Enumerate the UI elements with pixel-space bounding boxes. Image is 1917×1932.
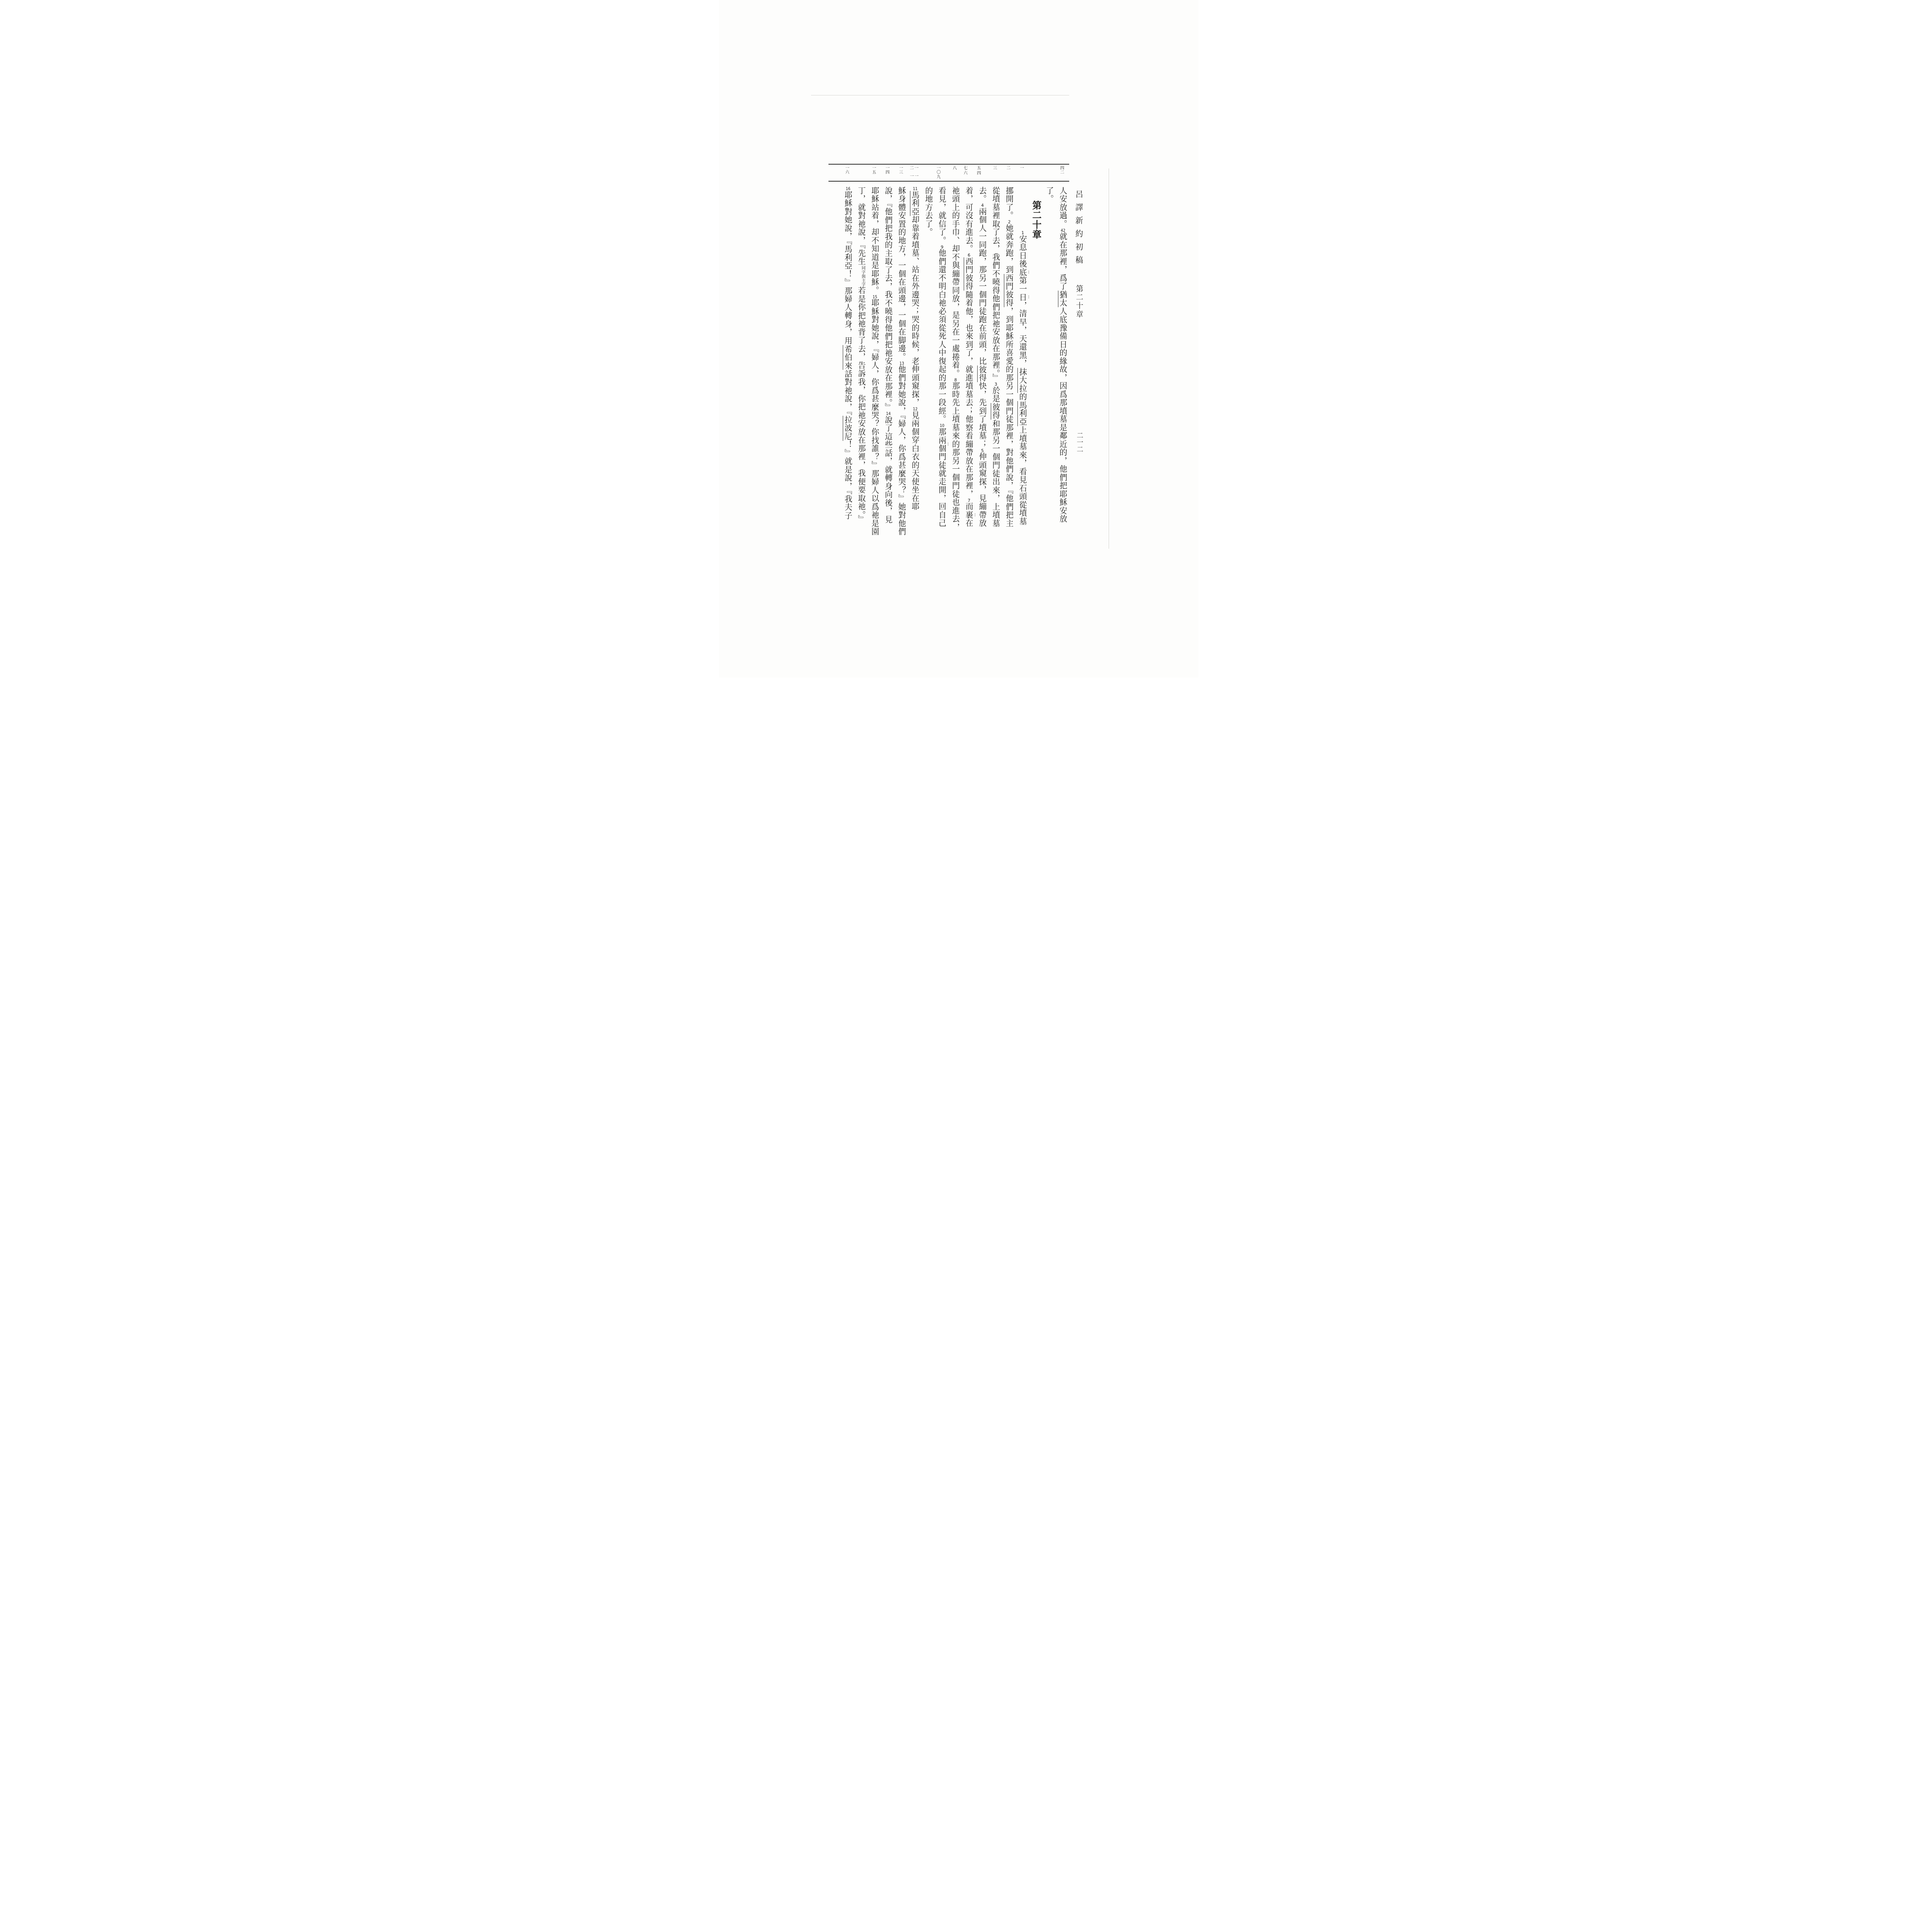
verse-marker: 一一一二 [909, 166, 919, 181]
emphasis-dotted-text: 兩個 [937, 436, 947, 453]
scanned-document-page: 四二一二三四五六七八九一〇一一一二一三一四一五一六 人安放過。42就在那裡，爲了… [719, 0, 1198, 678]
scripture-text: 和那另一個門徒出來，上墳墓 [991, 420, 1000, 528]
scripture-column: 丁，就對祂說，『先生與主字同字若是你把祂背了去，告訴我，你把祂安放在那裡，我便要… [854, 187, 868, 550]
scripture-text: 挪開了。 [1004, 187, 1014, 220]
verse-marker-numeral: 六 [963, 171, 968, 175]
interlinear-note: 與主字同字 [861, 266, 866, 287]
scripture-text: 而 [964, 503, 973, 511]
scripture-column: 1安息日後底第一日，清早，天還黑，抹大拉的馬利亞上墳墓來，看見石頭從墳墓 [1015, 187, 1029, 550]
verse-marker: 九一〇 [936, 166, 941, 179]
verse-number: 12 [913, 407, 918, 411]
verse-number-margin-band: 四二一二三四五六七八九一〇一一一二一三一四一五一六 [828, 164, 1069, 182]
scripture-text: 他們對她說，『婦人，你爲甚麼哭？』她對他們 [897, 366, 906, 536]
scripture-text: 話對祂說，『 [843, 370, 852, 416]
proper-noun-marked-text: 抹大拉 [1017, 368, 1027, 393]
verse-number: 15 [873, 295, 878, 299]
scripture-text: 他們還不明白祂必須從死人中復起的那一段經。 [937, 249, 947, 424]
scripture-text: 從墳墓裡取了去，我們不曉得他們把祂安放在那裡。』 [991, 187, 1000, 382]
scripture-text: 在 [964, 519, 973, 528]
verse-number: 16 [845, 187, 850, 191]
verse-marker-numeral: 一一 [909, 174, 919, 181]
scripture-text: 的地方去了。 [924, 187, 933, 236]
scripture-text: 去。 [978, 187, 987, 203]
proper-noun-marked-text: 彼得 [977, 366, 987, 382]
interlinear-note-column: 與主字 [861, 274, 866, 287]
scripture-text: 伸頭窺探，見繃帶放 [978, 453, 987, 528]
scripture-text: 上墳墓來，看見石頭從墳墓 [1018, 426, 1027, 526]
verse-marker: 三 [993, 166, 997, 170]
verse-marker: 四五 [976, 166, 981, 175]
scripture-text: 人底豫備日的緣故，因爲那墳墓是鄰近的，他們把耶穌安放 [1058, 307, 1068, 523]
verse-number: 9 [940, 245, 945, 249]
scripture-text: 第二十章 [1031, 201, 1041, 239]
scripture-text: ，到耶穌所喜愛的那另一個門徒那裡，對他們說，『他們把主 [1004, 307, 1014, 528]
scripture-text: 人安放過。 [1058, 187, 1068, 228]
verse-number: 6 [966, 253, 971, 257]
verse-marker-numeral: 二 [1006, 166, 1010, 170]
scripture-column: 16耶穌對她說，『馬利亞！』那婦人轉身，用希伯來話對祂說，『拉波尼！』就是說，『… [841, 187, 854, 550]
emphasis-dotted-text: 裹 [964, 511, 973, 519]
scripture-text: 却靠着墳墓、站在外邊哭；哭的時候，老伸頭窺探， [910, 216, 920, 407]
verse-marker: 一三 [898, 166, 903, 174]
verse-marker-numeral: 一 [1019, 166, 1024, 170]
scripture-column: 挪開了。2她就奔跑，到西門彼得，到耶穌所喜愛的那另一個門徒那裡，對他們說，『他們… [1002, 187, 1016, 550]
verse-number: 11 [913, 187, 918, 191]
scripture-text: 的 [1018, 393, 1027, 401]
page-number: 二一二 [1075, 432, 1084, 453]
verse-marker-numeral: 一五 [872, 166, 876, 174]
scripture-column: 說，『他們把我的主取了去，我不曉得他們把祂安放在那裡。』14說了這些話，就轉身向… [881, 187, 895, 550]
scripture-text: 那 [937, 428, 947, 436]
verse-marker-numeral: 三 [993, 166, 997, 170]
scripture-text: 說，『他們把我的主取了去，我不曉得他們把祂安放在那裡。』 [884, 187, 893, 412]
scripture-column: 着，可沒有進去。6西門彼得隨着他，也來到了，就進墳墓去；他察看繃帶放在那裡，7而… [962, 187, 975, 550]
page-scan-edge-line [811, 95, 1069, 95]
proper-noun-marked-text: 拉波尼 [843, 416, 852, 441]
verse-marker-numeral: 八 [952, 166, 957, 170]
scripture-text: 若是你把祂背了去，告訴我，你把祂安放在那裡，我便要取祂。』 [857, 287, 866, 524]
scripture-text: 看見，就信了。 [937, 187, 947, 245]
verse-marker-numeral: 七 [963, 166, 968, 170]
running-head-chapter: 第二十章 [1074, 285, 1085, 319]
scripture-text: 見兩個穿白衣的天使坐在耶 [910, 411, 920, 511]
scripture-text: 祂頭上的手巾、却不與繃帶同放，是另在一處捲着。 [951, 187, 960, 378]
verse-marker-numeral: 五 [976, 166, 981, 170]
verse-number: 14 [886, 412, 891, 416]
verse-marker: 六七 [963, 166, 968, 175]
proper-noun-marked-text: 西門彼得 [964, 257, 973, 291]
verse-marker-numeral: 一四 [885, 166, 890, 174]
verse-marker: 四二 [1060, 166, 1065, 174]
scripture-text: 耶穌站着，却不知道是耶穌。 [870, 187, 879, 295]
proper-noun-marked-text: 馬利亞 [910, 191, 920, 216]
verse-marker-numeral: 一六 [845, 166, 849, 174]
verse-marker-numeral: 一三 [898, 166, 903, 174]
scripture-column: 看見，就信了。9他們還不明白祂必須從死人中復起的那一段經。10那兩個門徒就走開，… [935, 187, 949, 550]
scripture-column: 耶穌站着，却不知道是耶穌。15耶穌對她說，『婦人，你爲甚麼哭？你找誰？』那婦人以… [868, 187, 881, 550]
scripture-column: 去。4兩個人一同跑，那另一個門徒跑在前頭，比彼得快，先到了墳墓；5伸頭窺探，見繃… [975, 187, 989, 550]
scripture-text: 着，可沒有進去。 [964, 187, 973, 253]
verse-marker-numeral: 一〇 [936, 166, 941, 174]
verse-marker: 一四 [885, 166, 890, 174]
verse-marker: 一五 [872, 166, 876, 174]
scripture-text: 耶穌對她說，『馬利亞！』那婦人轉身，用 [843, 191, 852, 345]
verse-marker: 一 [1019, 166, 1024, 170]
verse-number: 10 [940, 423, 945, 428]
verse-marker: 八 [952, 166, 957, 170]
scripture-text-block: 人安放過。42就在那裡，爲了猶太人底豫備日的緣故，因爲那墳墓是鄰近的，他們把耶穌… [841, 187, 1070, 550]
verse-number: 3 [993, 382, 998, 386]
verse-marker: 一六 [845, 166, 849, 174]
emphasis-dotted-text: 日 [1018, 293, 1027, 302]
scripture-text: 於是 [991, 386, 1000, 403]
scripture-text: 說了這些話，就轉身向後，見 [884, 416, 893, 524]
scripture-text: 門徒就走開，回自己 [937, 453, 947, 528]
scripture-text: 耶穌對她說，『婦人，你爲甚麼哭？你找誰？』那婦人以爲祂是園 [870, 299, 879, 536]
verse-marker-numeral: 四 [976, 171, 981, 175]
verse-marker: 二 [1006, 166, 1010, 170]
verse-marker-numeral: 四二 [1060, 166, 1065, 174]
scripture-text: 穌身體安置的地方，一個在頭邊，一個在脚邊。 [897, 187, 906, 361]
verse-number: 5 [980, 449, 985, 453]
scripture-text: ！』就是說，『我夫子 [843, 441, 852, 520]
scripture-column: 11馬利亞却靠着墳墓、站在外邊哭；哭的時候，老伸頭窺探，12見兩個穿白衣的天使坐… [908, 187, 922, 550]
running-head-title: 呂譯新約初稿 [1073, 190, 1085, 269]
scripture-text: 兩個人一同跑，那另一個門徒跑在前頭，比 [978, 207, 987, 366]
verse-number: 7 [966, 498, 971, 503]
scripture-text: 隨着他，也來到了，就進墳墓去；他察看繃帶放在那裡， [964, 291, 973, 498]
scripture-column: 穌身體安置的地方，一個在頭邊，一個在脚邊。13他們對她說，『婦人，你爲甚麼哭？』… [895, 187, 908, 550]
proper-noun-marked-text: 希伯來 [843, 345, 852, 370]
scripture-column: 的地方去了。 [922, 187, 935, 550]
verse-marker-numeral: 九 [936, 175, 941, 179]
scripture-text: ，清早，天還黑， [1018, 301, 1027, 368]
scripture-column: 祂頭上的手巾、却不與繃帶同放，是另在一處捲着。8那時先上墳墓來的那另一個門徒也進… [949, 187, 962, 550]
proper-noun-marked-text: 彼得 [991, 403, 1000, 420]
proper-noun-marked-text: 馬利亞 [1017, 401, 1027, 426]
scripture-text: 那時先上墳墓來的那另一個門徒也進去， [951, 382, 960, 532]
proper-noun-marked-text: 猶太 [1058, 291, 1068, 307]
verse-number: 4 [980, 203, 985, 207]
verse-marker-numeral: 一二 [909, 166, 919, 173]
chapter-heading: 第二十章 [1029, 187, 1043, 550]
proper-noun-marked-text: 西門彼得 [1004, 274, 1014, 307]
scripture-text: 就在那裡，爲了 [1058, 233, 1068, 291]
scripture-column: 了。 [1043, 187, 1056, 550]
verse-number: 1 [1020, 231, 1025, 235]
scripture-column: 人安放過。42就在那裡，爲了猶太人底豫備日的緣故，因爲那墳墓是鄰近的，他們把耶穌… [1056, 187, 1070, 550]
scripture-text: 丁，就對祂說，『先生 [857, 187, 866, 266]
scripture-text: 安息日後 [1018, 235, 1027, 268]
interlinear-note-column: 同字 [861, 266, 866, 274]
scripture-text: 快，先到了墳墓； [978, 382, 987, 449]
scripture-text: 第一 [1018, 277, 1027, 293]
emphasis-dotted-text: 底 [1018, 268, 1027, 277]
verse-number: 2 [1007, 220, 1012, 224]
scripture-column: 從墳墓裡取了去，我們不曉得他們把祂安放在那裡。』3於是彼得和那另一個門徒出來，上… [989, 187, 1002, 550]
scripture-text: 她就奔跑，到 [1004, 224, 1014, 274]
verse-number: 42 [1061, 228, 1066, 233]
page-right-edge-line [1109, 168, 1109, 549]
scripture-text: 了。 [1045, 187, 1054, 203]
verse-number: 13 [899, 361, 904, 366]
verse-number: 8 [953, 378, 958, 382]
